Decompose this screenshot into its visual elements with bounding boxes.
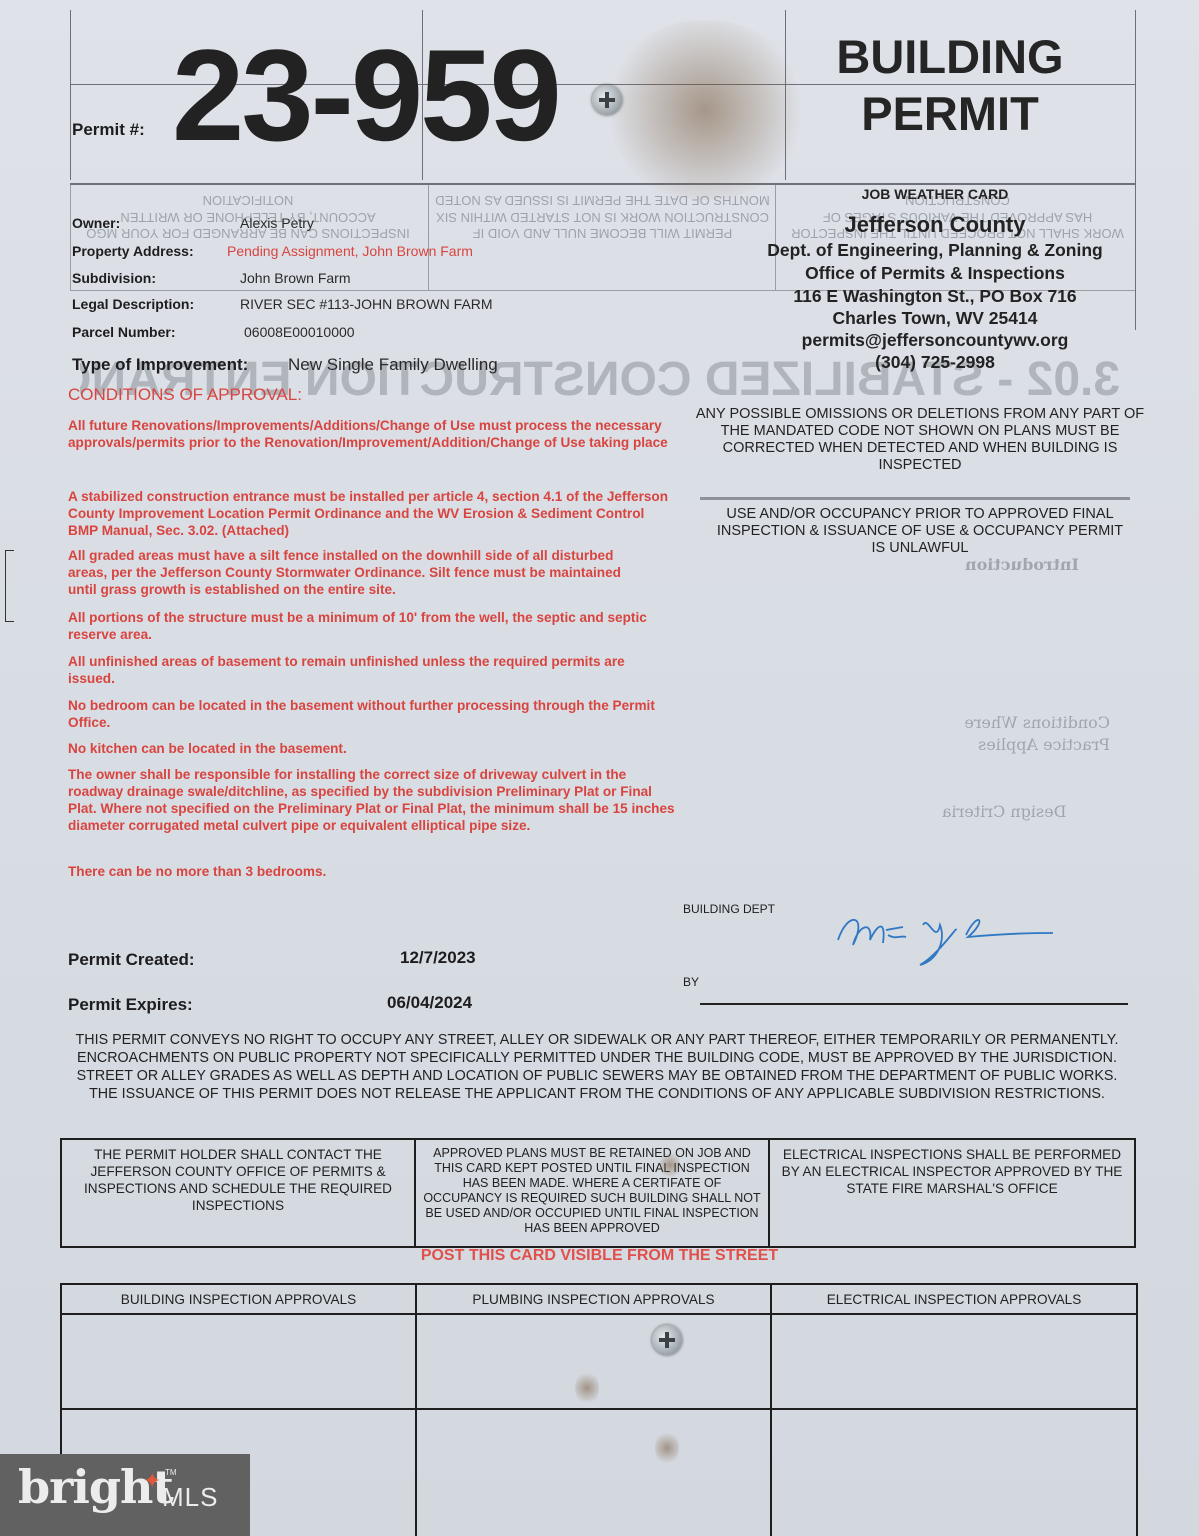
legal-notice: THIS PERMIT CONVEYS NO RIGHT TO OCCUPY A…	[62, 1031, 1132, 1103]
legal-description-label: Legal Description:	[72, 296, 194, 312]
condition-3: All graded areas must have a silt fence …	[68, 547, 648, 598]
county-name: Jefferson County	[730, 212, 1140, 238]
title-permit: PERMIT	[790, 90, 1110, 137]
occupancy-notice: USE AND/OR OCCUPANCY PRIOR TO APPROVED F…	[710, 506, 1130, 557]
instruction-electrical: ELECTRICAL INSPECTIONS SHALL BE PERFORME…	[769, 1139, 1135, 1247]
owner-label: Owner:	[72, 215, 120, 231]
condition-7: No kitchen can be located in the basemen…	[68, 740, 688, 757]
condition-4: All portions of the structure must be a …	[68, 609, 678, 643]
electrical-approval-cell-1	[771, 1314, 1137, 1409]
subdivision-value: John Brown Farm	[240, 270, 350, 286]
edge-bracket	[5, 550, 14, 622]
dirt-spot-2	[655, 1430, 679, 1466]
ghost-box-left	[70, 185, 71, 290]
improvement-value: New Single Family Dwelling	[288, 355, 498, 375]
permit-expires-value: 06/04/2024	[387, 993, 472, 1013]
ghost-void-note: PERMIT WILL BECOME NULL AND VOID IF CONS…	[435, 192, 770, 241]
title-building: BUILDING	[790, 33, 1110, 80]
screw-top	[592, 85, 622, 115]
parcel-number-value: 06008E00010000	[244, 324, 355, 340]
signature-line	[700, 1003, 1128, 1005]
building-dept-label: BUILDING DEPT	[683, 902, 775, 916]
permit-expires-label: Permit Expires:	[68, 995, 193, 1015]
building-approval-cell-1	[61, 1314, 416, 1409]
condition-2: A stabilized construction entrance must …	[68, 488, 678, 539]
condition-6: No bedroom can be located in the basemen…	[68, 697, 688, 731]
post-card-notice: POST THIS CARD VISIBLE FROM THE STREET	[0, 1247, 1199, 1265]
dept-name: Dept. of Engineering, Planning & Zoning	[730, 240, 1140, 261]
notice-divider	[700, 497, 1130, 500]
parcel-number-label: Parcel Number:	[72, 324, 175, 340]
frame-left	[70, 10, 71, 180]
screw-bottom	[652, 1325, 682, 1355]
condition-8: The owner shall be responsible for insta…	[68, 766, 678, 834]
plumbing-approval-cell-2	[416, 1409, 771, 1536]
subdivision-label: Subdivision:	[72, 270, 156, 286]
by-label: BY	[683, 975, 699, 989]
omissions-notice: ANY POSSIBLE OMISSIONS OR DELETIONS FROM…	[695, 406, 1145, 474]
bright-mls-logo: bright ✦ TM MLS	[0, 1454, 250, 1536]
address-value: Pending Assignment, John Brown Farm	[227, 243, 473, 259]
conditions-heading: CONDITIONS OF APPROVAL:	[68, 386, 688, 403]
instruction-plans: APPROVED PLANS MUST BE RETAINED ON JOB A…	[415, 1139, 769, 1247]
rust-stain	[600, 20, 810, 200]
instructions-table: THE PERMIT HOLDER SHALL CONTACT THE JEFF…	[60, 1138, 1136, 1248]
ghost-conditions-where: Conditions Where Practice Applies	[905, 712, 1110, 756]
permit-created-value: 12/7/2023	[400, 948, 476, 968]
card-type: JOB WEATHER CARD	[730, 186, 1140, 202]
logo-suffix: MLS	[162, 1482, 218, 1513]
office-street: 116 E Washington St., PO Box 716	[730, 286, 1140, 307]
ghost-box-div1	[428, 185, 429, 290]
owner-value: Alexis Petry	[240, 215, 314, 231]
legal-description-value: RIVER SEC #113-JOHN BROWN FARM	[240, 296, 493, 312]
condition-5: All unfinished areas of basement to rema…	[68, 653, 648, 687]
instruction-contact: THE PERMIT HOLDER SHALL CONTACT THE JEFF…	[61, 1139, 415, 1247]
office-city: Charles Town, WV 25414	[730, 308, 1140, 329]
electrical-approval-cell-2	[771, 1409, 1137, 1536]
permit-created-label: Permit Created:	[68, 950, 195, 970]
office-phone: (304) 725-2998	[730, 352, 1140, 373]
logo-star-icon: ✦	[143, 1468, 161, 1494]
permit-number: 23-959	[172, 30, 559, 160]
plumbing-approvals-header: PLUMBING INSPECTION APPROVALS	[416, 1284, 771, 1314]
permit-number-label: Permit #:	[72, 120, 145, 140]
office-email: permits@jeffersoncountywv.org	[730, 330, 1140, 351]
building-approvals-header: BUILDING INSPECTION APPROVALS	[61, 1284, 416, 1314]
electrical-approvals-header: ELECTRICAL INSPECTION APPROVALS	[771, 1284, 1137, 1314]
improvement-label: Type of Improvement:	[72, 355, 248, 375]
ghost-introduction: Introduction	[965, 555, 1079, 574]
condition-1: All future Renovations/Improvements/Addi…	[68, 417, 668, 451]
dirt-spot-3	[660, 1150, 680, 1180]
office-name: Office of Permits & Inspections	[730, 263, 1140, 284]
dirt-spot-1	[575, 1370, 599, 1406]
frame-hline2	[70, 183, 1135, 185]
address-label: Property Address:	[72, 243, 194, 259]
logo-trademark: TM	[165, 1468, 177, 1477]
signature	[828, 905, 1058, 975]
condition-9: There can be no more than 3 bedrooms.	[68, 863, 688, 880]
ghost-design-criteria: Design Criteria	[942, 802, 1066, 821]
